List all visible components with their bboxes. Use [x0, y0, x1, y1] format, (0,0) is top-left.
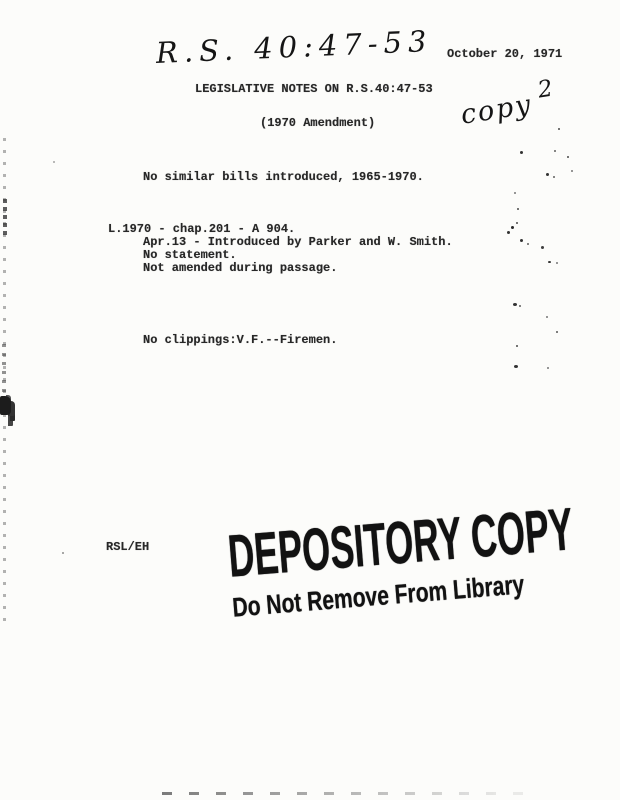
copy-note-word: copy	[459, 89, 535, 131]
document-title: LEGISLATIVE NOTES ON R.S.40:47-53	[195, 83, 433, 96]
amendment-note: (1970 Amendment)	[260, 117, 375, 130]
ink-speck	[511, 226, 514, 229]
ink-speck	[548, 261, 551, 263]
ink-speck	[546, 173, 549, 176]
ink-speck	[547, 367, 549, 369]
document-date: October 20, 1971	[447, 48, 562, 61]
ink-speck	[541, 246, 544, 249]
ink-blob	[0, 396, 11, 415]
ink-speck	[514, 365, 518, 368]
ink-speck	[516, 345, 518, 347]
ink-speck	[520, 239, 523, 242]
ink-speck	[519, 305, 521, 307]
ink-speck	[556, 262, 558, 264]
note-similar-bills: No similar bills introduced, 1965-1970.	[143, 171, 424, 184]
ink-speck	[514, 192, 516, 194]
ink-speck	[558, 128, 560, 130]
note-amended: Not amended during passage.	[143, 262, 337, 275]
ink-speck	[53, 161, 55, 163]
ink-speck	[513, 303, 517, 306]
typist-initials: RSL/EH	[106, 541, 149, 554]
ink-speck	[517, 208, 519, 210]
ink-speck	[520, 151, 523, 154]
ink-speck	[556, 331, 558, 333]
ink-speck	[546, 316, 548, 318]
ink-speck	[553, 176, 555, 178]
note-clippings: No clippings:V.F.--Firemen.	[143, 334, 337, 347]
ink-speck	[62, 552, 64, 554]
bottom-perforation-marks	[162, 792, 524, 795]
ink-speck	[527, 243, 529, 245]
copy-note-number: 2	[536, 75, 557, 103]
ink-speck	[516, 222, 518, 224]
ink-speck	[507, 231, 510, 234]
document-page: R.S. 40:47-53 October 20, 1971 LEGISLATI…	[0, 0, 620, 800]
ink-speck	[571, 170, 573, 172]
left-margin-scan-marks-dark	[3, 199, 7, 237]
depository-stamp: DEPOSITORY COPY Do Not Remove From Libra…	[226, 481, 620, 622]
handwritten-citation: R.S. 40:47-53	[155, 24, 433, 70]
handwritten-copy-note: copy2	[459, 85, 559, 131]
ink-speck	[554, 150, 556, 152]
ink-speck	[567, 156, 569, 158]
left-margin-scan-marks-mid	[2, 344, 6, 404]
